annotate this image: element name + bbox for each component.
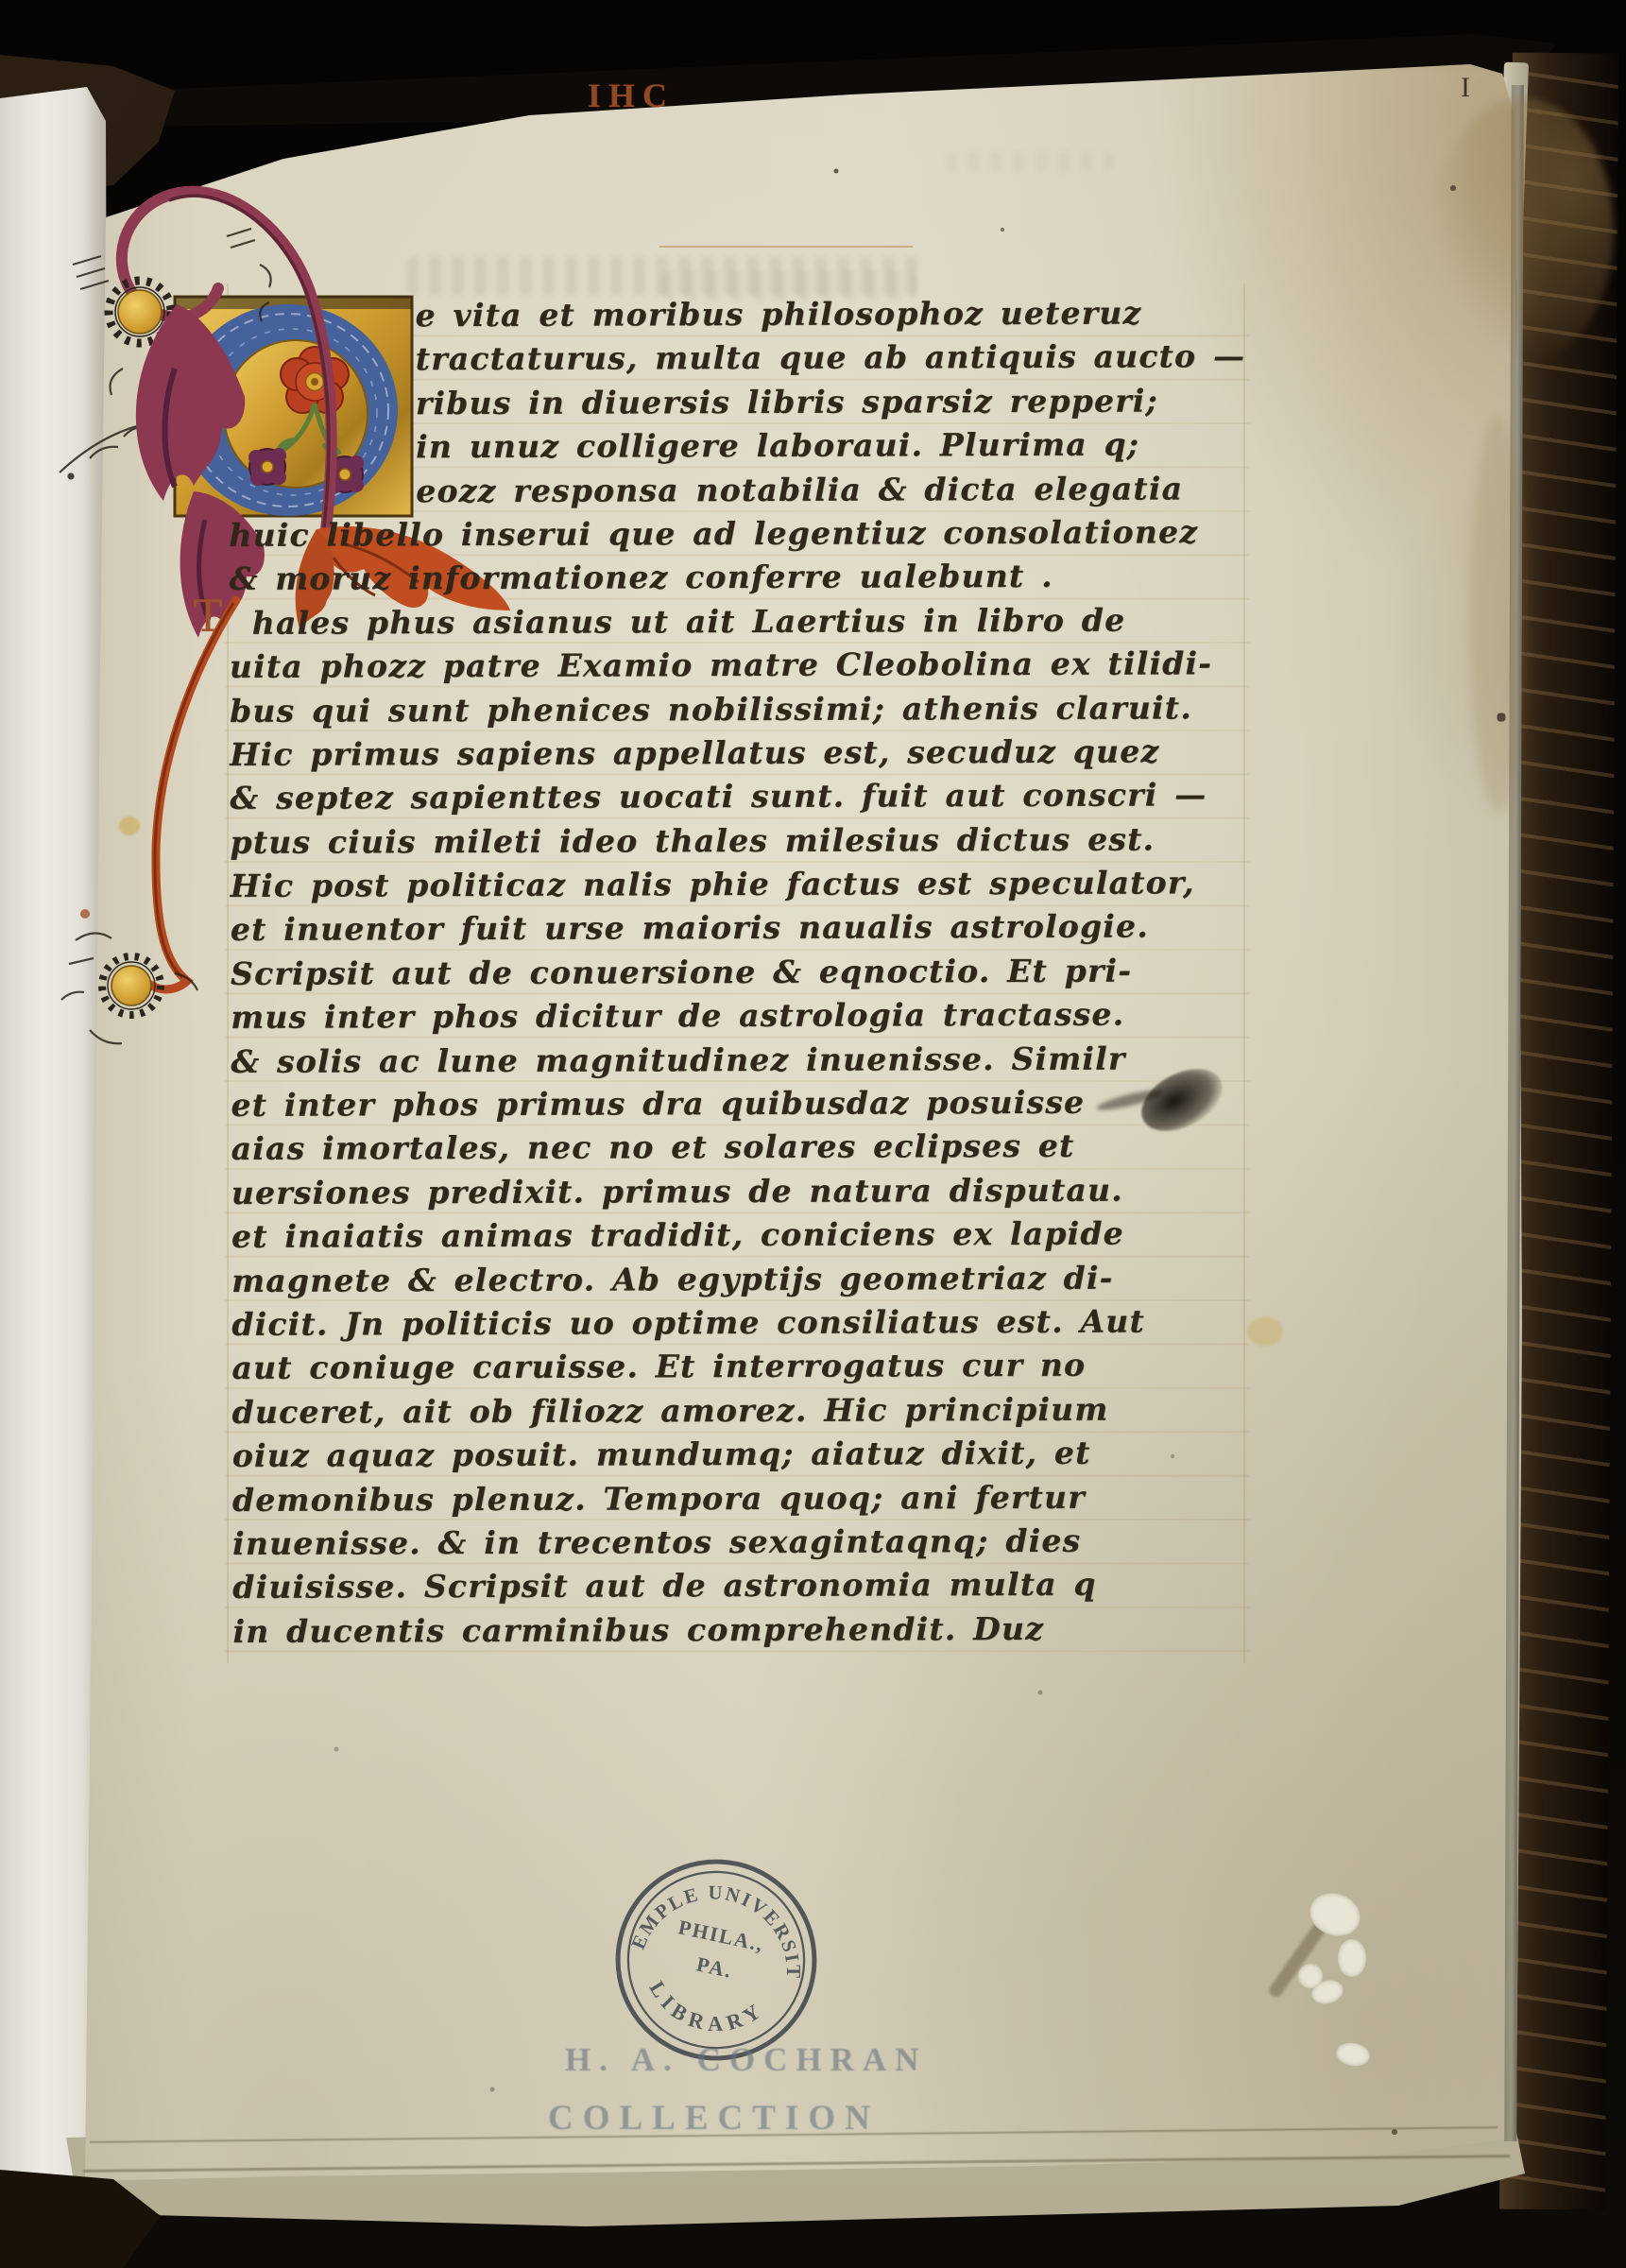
text-line-body: hales phus asianus ut ait Laertius in li… bbox=[252, 601, 1126, 641]
text-line: tractaturus, multa que ab antiquis aucto… bbox=[416, 335, 1254, 382]
text-line: bus qui sunt phenices nobilissimi; athen… bbox=[230, 686, 1255, 733]
text-line: Hic post politicaz nalis phie factus est… bbox=[231, 861, 1256, 908]
text-line: Hic primus sapiens appellatus est, secud… bbox=[230, 730, 1255, 777]
text-line: huic libello inserui que ad legentiuz co… bbox=[229, 510, 1254, 558]
text-line: uersiones predixit. primus de natura dis… bbox=[231, 1168, 1257, 1215]
text-line: ptus ciuis mileti ideo thales milesius d… bbox=[230, 817, 1255, 865]
text-line: Scripsit aut de conuersione & eqnoctio. … bbox=[231, 949, 1256, 996]
flourish-tail-shade bbox=[155, 603, 233, 977]
stamp-center-line2: PA. bbox=[694, 1952, 734, 1982]
gold-ball-lower bbox=[102, 956, 161, 1015]
text-line: mus inter phos dicitur de astrologia tra… bbox=[231, 992, 1256, 1039]
show-through-text bbox=[945, 151, 1115, 172]
text-line: demonibus plenuz. Tempora quoq; ani fert… bbox=[232, 1475, 1258, 1522]
text-line: diuisisse. Scripsit aut de astronomia mu… bbox=[232, 1562, 1258, 1609]
rubric-initial-T: T bbox=[194, 594, 224, 638]
folio-number: I bbox=[1461, 72, 1470, 104]
text-line: aut coniuge caruisse. Et interrogatus cu… bbox=[231, 1343, 1257, 1390]
text-line: duceret, ait ob filiozz amorez. Hic prin… bbox=[232, 1387, 1258, 1435]
text-line: ribus in diuersis libris sparsiz repperi… bbox=[416, 379, 1254, 425]
text-line: dicit. Jn politicis uo optime consiliatu… bbox=[231, 1299, 1257, 1347]
stain-right-edge bbox=[1470, 416, 1527, 813]
text-line: Thales phus asianus ut ait Laertius in l… bbox=[230, 598, 1255, 645]
stamp-center-line1: PHILA., bbox=[676, 1916, 766, 1956]
text-line: magnete & electro. Ab egyptijs geometria… bbox=[231, 1256, 1257, 1303]
text-line: & solis ac lune magnitudinez inuenisse. … bbox=[231, 1037, 1256, 1084]
text-line: eozz responsa notabilia & dicta elegatia bbox=[416, 467, 1254, 513]
text-line: & septez sapienttes uocati sunt. fuit au… bbox=[230, 773, 1255, 820]
text-line: in ducentis carminibus comprehendit. Duz bbox=[232, 1606, 1258, 1654]
stain-yellow-right bbox=[1247, 1317, 1283, 1346]
stain-yellow-left bbox=[119, 816, 140, 835]
text-line: oiuz aquaz posuit. mundumq; aiatuz dixit… bbox=[232, 1431, 1258, 1478]
ownership-stamp-line1: H. A. COCHRAN bbox=[565, 2041, 927, 2079]
text-line: in unuz colligere laboraui. Plurima q; bbox=[416, 422, 1254, 469]
manuscript-photo: IHC I bbox=[0, 0, 1626, 2268]
ruling-top-line bbox=[659, 246, 913, 248]
text-line: e vita et moribus philosophoz ueteruz bbox=[415, 291, 1253, 337]
ownership-stamp-line2: COLLECTION bbox=[548, 2098, 880, 2139]
ihc-monogram: IHC bbox=[588, 76, 675, 115]
red-dot bbox=[80, 909, 90, 919]
text-block: e vita et moribus philosophoz ueteruz tr… bbox=[228, 291, 1258, 1654]
text-line: aias imortales, nec no et solares eclips… bbox=[231, 1125, 1257, 1172]
parchment-repair-spot bbox=[1338, 1939, 1366, 1977]
flourish-tail bbox=[150, 600, 236, 989]
text-line: inuenisse. & in trecentos sexagintaqnq; … bbox=[232, 1519, 1258, 1566]
ink-specks bbox=[0, 0, 2, 2]
stain-top-right bbox=[1434, 98, 1614, 363]
text-line: & moruz informationez conferre ualebunt … bbox=[229, 554, 1254, 601]
text-line: uita phozz patre Examio matre Cleobolina… bbox=[230, 642, 1255, 689]
text-line: et inuentor fuit urse maioris naualis as… bbox=[231, 905, 1256, 953]
text-line: et inaiatis animas tradidit, coniciens e… bbox=[231, 1211, 1257, 1259]
